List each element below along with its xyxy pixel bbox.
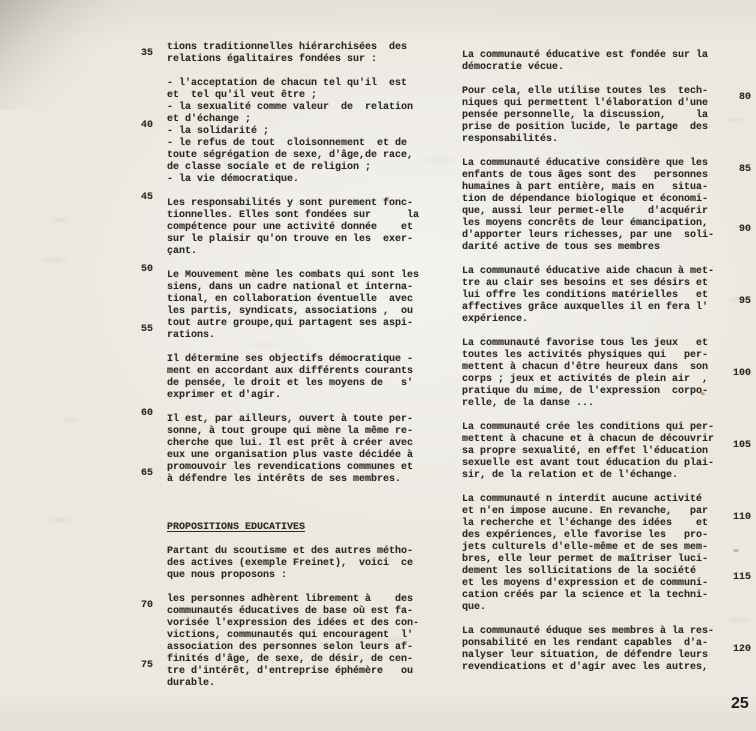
text-line: tre d'intérêt, d'entreprise éphémère ou7… [167, 660, 420, 672]
scan-corner-shadow [0, 0, 140, 110]
text-line: enfants de tous âges sont des personnes8… [462, 164, 715, 176]
line-text: revendications et d'agir avec les autres… [462, 662, 708, 674]
blank-line [462, 320, 715, 332]
text-line: La communauté éducative considère que le… [462, 152, 715, 164]
text-line: La communauté éducative est fondée sur l… [462, 44, 715, 56]
margin-line-number: 70 [127, 600, 153, 612]
margin-line-number: 120 [721, 644, 751, 656]
text-line: siens, dans un cadre national et interna… [167, 276, 420, 288]
page-number: 25 [731, 695, 749, 713]
text-line: de pensée, le droit et les moyens de s' [167, 372, 420, 384]
text-line: Les responsabilités y sont purement fonc… [167, 192, 420, 204]
left-text-column: tions traditionnelles hiérarchisées desr… [167, 36, 420, 684]
blank-line [462, 476, 715, 488]
text-line: Il est, par ailleurs, ouvert à toute per… [167, 408, 420, 420]
text-line: revendications et d'agir avec les autres… [462, 656, 715, 668]
text-line: çant. [167, 240, 420, 252]
section-heading-line: PROPOSITIONS EDUCATIVES [167, 516, 420, 528]
text-line: vorisée l'expression des idées et des co… [167, 612, 420, 624]
text-line: mettent à chacune et à chacun de découvr… [462, 428, 715, 440]
text-line: sonne, à tout groupe qui mène la même re… [167, 420, 420, 432]
right-text-column: La communauté éducative est fondée sur l… [462, 44, 715, 668]
text-line: sa propre sexualité, en effet l'éducatio… [462, 440, 715, 452]
margin-line-number: 50 [127, 264, 153, 276]
blank-line [167, 60, 420, 72]
margin-line-number: 95 [721, 296, 751, 308]
text-line: d'apporter leurs richesses, par une soli… [462, 224, 715, 236]
text-line: promouvoir les revendications communes e… [167, 456, 420, 468]
text-line: les personnes adhèrent librement à des [167, 588, 420, 600]
text-line: finités d'âge, de sexe, de désir, de cen… [167, 648, 420, 660]
text-line: cation créés par la science et la techni… [462, 584, 715, 596]
text-line: compétence pour une activité donnée et [167, 216, 420, 228]
text-line: humaines à part entière, mais en situa- [462, 176, 715, 188]
text-line: affectives grâce auxquelles il en fera l… [462, 296, 715, 308]
text-line: démocratie vécue. [462, 56, 715, 68]
blank-line [462, 68, 715, 80]
text-line: que, aussi leur permet-elle d'acquérir [462, 200, 715, 212]
blank-line [167, 528, 420, 540]
margin-line-number: 75 [127, 660, 153, 672]
text-line: victions, communautés qui encouragent l' [167, 624, 420, 636]
text-line: - le refus de tout cloisonnement et de [167, 132, 420, 144]
blank-line [167, 252, 420, 264]
margin-line-number: 60 [127, 408, 153, 420]
blank-line [167, 504, 420, 516]
margin-line-number: 55 [127, 324, 153, 336]
text-line: communautés éducatives de base où est fa… [167, 600, 420, 612]
text-line: La communauté crée les conditions qui pe… [462, 416, 715, 428]
text-line: jets culturels d'elle-même et de ses mem… [462, 536, 715, 548]
text-line: - la solidarité ;40 [167, 120, 420, 132]
margin-line-number: 35 [127, 48, 153, 60]
text-line: - la sexualité comme valeur de relation [167, 96, 420, 108]
text-line: et n'en impose aucune. En revanche, par [462, 500, 715, 512]
text-line: lui offre les conditions matérielles et [462, 284, 715, 296]
text-line: sexuelle est avant tout éducation du pla… [462, 452, 715, 464]
text-line: la recherche et l'échange des idées et11… [462, 512, 715, 524]
margin-line-number: 100 [721, 368, 751, 380]
text-line: prise de position lucide, le partage des [462, 116, 715, 128]
text-line: eux une organisation plus vaste décidée … [167, 444, 420, 456]
scanned-document-page: { "page": { "number": "25", "paper_color… [0, 0, 756, 731]
text-line: Partant du scoutisme et des autres métho… [167, 540, 420, 552]
text-line: Il détermine ses objectifs démocratique … [167, 348, 420, 360]
text-line: tional, en collaboration éventuelle avec [167, 288, 420, 300]
margin-line-number: 105 [721, 440, 751, 452]
text-line: des expériences, elle favorise les pro- [462, 524, 715, 536]
text-line: responsabilités. [462, 128, 715, 140]
text-line: La communauté n interdit aucune activité [462, 488, 715, 500]
text-line: que nous proposons : [167, 564, 420, 576]
text-line: et les moyens d'expression et de communi… [462, 572, 715, 584]
blank-line [462, 140, 715, 152]
text-line: toute ségrégation de sexe, d'âge,de race… [167, 144, 420, 156]
text-line: tout autre groupe,qui partagent ses aspi… [167, 312, 420, 324]
text-line: Le Mouvement mène les combats qui sont l… [167, 264, 420, 276]
text-line: durable. [167, 672, 420, 684]
text-line: dement les sollicitations de la société [462, 560, 715, 572]
text-line: relle, de la danse ... [462, 392, 715, 404]
text-line: La communauté favorise tous les jeux et [462, 332, 715, 344]
text-line: association des personnes selon leurs af… [167, 636, 420, 648]
margin-line-number: 80 [721, 92, 751, 104]
blank-line [462, 404, 715, 416]
text-line: que. [462, 596, 715, 608]
text-line: mettent à chacun d'être heureux dans son [462, 356, 715, 368]
text-line: cherche que lui. Il est prêt à créer ave… [167, 432, 420, 444]
text-line: sir, de la relation et de l'échange. [462, 464, 715, 476]
text-line: tions traditionnelles hiérarchisées des [167, 36, 420, 48]
text-line: tre au clair ses besoins et ses désirs e… [462, 272, 715, 284]
margin-line-number: 85 [721, 164, 751, 176]
text-line: à défendre les intérêts de ses membres.6… [167, 468, 420, 480]
text-line: et d'échange ; [167, 108, 420, 120]
blank-line [167, 180, 420, 192]
text-line: - la vie démocratique. [167, 168, 420, 180]
text-line: ment en accordant aux différents courant… [167, 360, 420, 372]
text-line: toutes les activités physiques qui per- [462, 344, 715, 356]
text-line: niques qui permettent l'élaboration d'un… [462, 92, 715, 104]
text-line: bres, elle leur permet de maîtriser luci… [462, 548, 715, 560]
blank-line [167, 480, 420, 492]
text-line: relations égalitaires fondées sur :35 [167, 48, 420, 60]
text-line: les moyens concrêts de leur émancipation… [462, 212, 715, 224]
text-line: pensée personnelle, la discussion, la [462, 104, 715, 116]
margin-line-number: 40 [127, 120, 153, 132]
text-line: nalyser leur situation, de défendre leur… [462, 644, 715, 656]
text-line: rations.55 [167, 324, 420, 336]
scan-speck-gray [733, 549, 739, 552]
text-line: La communauté éduque ses membres à la re… [462, 620, 715, 632]
text-line: pratique du mime, de l'expression corpo- [462, 380, 715, 392]
blank-line [167, 336, 420, 348]
text-line: La communauté éducative aide chacun à me… [462, 260, 715, 272]
text-line: darité active de tous ses membres [462, 236, 715, 248]
text-line: exprimer et d'agir. [167, 384, 420, 396]
text-line: des actives (exemple Freinet), voici ce [167, 552, 420, 564]
text-line: et tel qu'il veut être ; [167, 84, 420, 96]
text-line: tion de dépendance biologique et économi… [462, 188, 715, 200]
blank-line [462, 248, 715, 260]
text-line: corps ; jeux et activités de plein air ,… [462, 368, 715, 380]
margin-line-number: 45 [127, 192, 153, 204]
line-text: durable. [167, 678, 215, 690]
text-line: Pour cela, elle utilise toutes les tech- [462, 80, 715, 92]
text-line: ponsabilité en les rendant capables d'a- [462, 632, 715, 644]
margin-line-number: 115 [721, 572, 751, 584]
margin-line-number: 90 [721, 224, 751, 236]
text-line: les partis, syndicats, associations , ou [167, 300, 420, 312]
text-line: sur le plaisir qu'on trouve en les exer- [167, 228, 420, 240]
text-line: - l'acceptation de chacun tel qu'il est [167, 72, 420, 84]
text-line: tionnelles. Elles sont fondées sur la [167, 204, 420, 216]
blank-line [462, 608, 715, 620]
blank-line [167, 492, 420, 504]
text-line: expérience. [462, 308, 715, 320]
blank-line [167, 576, 420, 588]
blank-line [167, 396, 420, 408]
margin-line-number: 65 [127, 468, 153, 480]
text-line: de classe sociale et de religion ; [167, 156, 420, 168]
margin-line-number: 110 [721, 512, 751, 524]
